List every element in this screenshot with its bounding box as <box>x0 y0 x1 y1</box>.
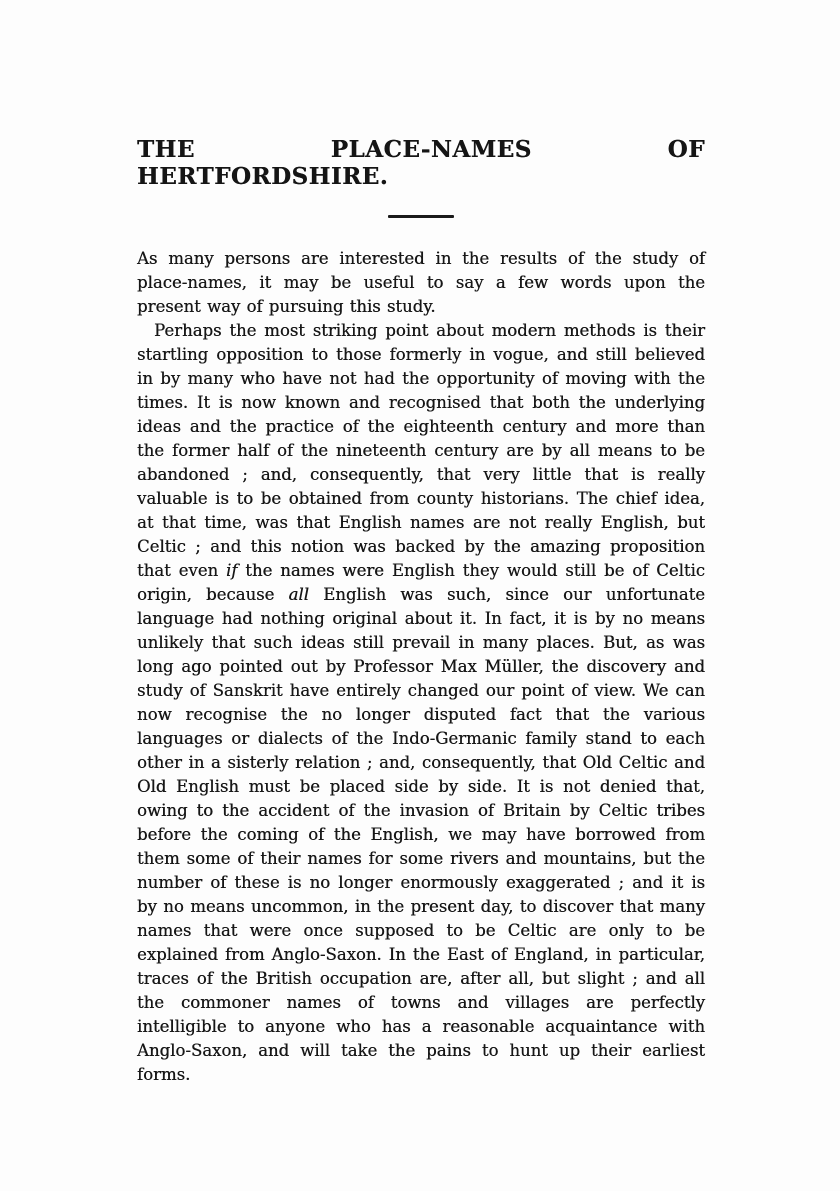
book-page: THE PLACE-NAMES OF HERTFORDSHIRE. As man… <box>0 0 840 1191</box>
text-segment: English was such, since our unfortunate … <box>137 585 705 1084</box>
paragraph: As many persons are interested in the re… <box>137 247 705 319</box>
page-title: THE PLACE-NAMES OF HERTFORDSHIRE. <box>137 136 705 190</box>
italic-text: all <box>289 585 309 604</box>
page-content: THE PLACE-NAMES OF HERTFORDSHIRE. As man… <box>137 136 705 1087</box>
section-divider-rule <box>388 215 454 218</box>
text-segment: Perhaps the most striking point about mo… <box>137 321 705 580</box>
text-segment: As many persons are interested in the re… <box>137 249 705 316</box>
paragraph: Perhaps the most striking point about mo… <box>137 319 705 1087</box>
italic-text: if <box>226 561 237 580</box>
body-paragraphs: As many persons are interested in the re… <box>137 247 705 1087</box>
